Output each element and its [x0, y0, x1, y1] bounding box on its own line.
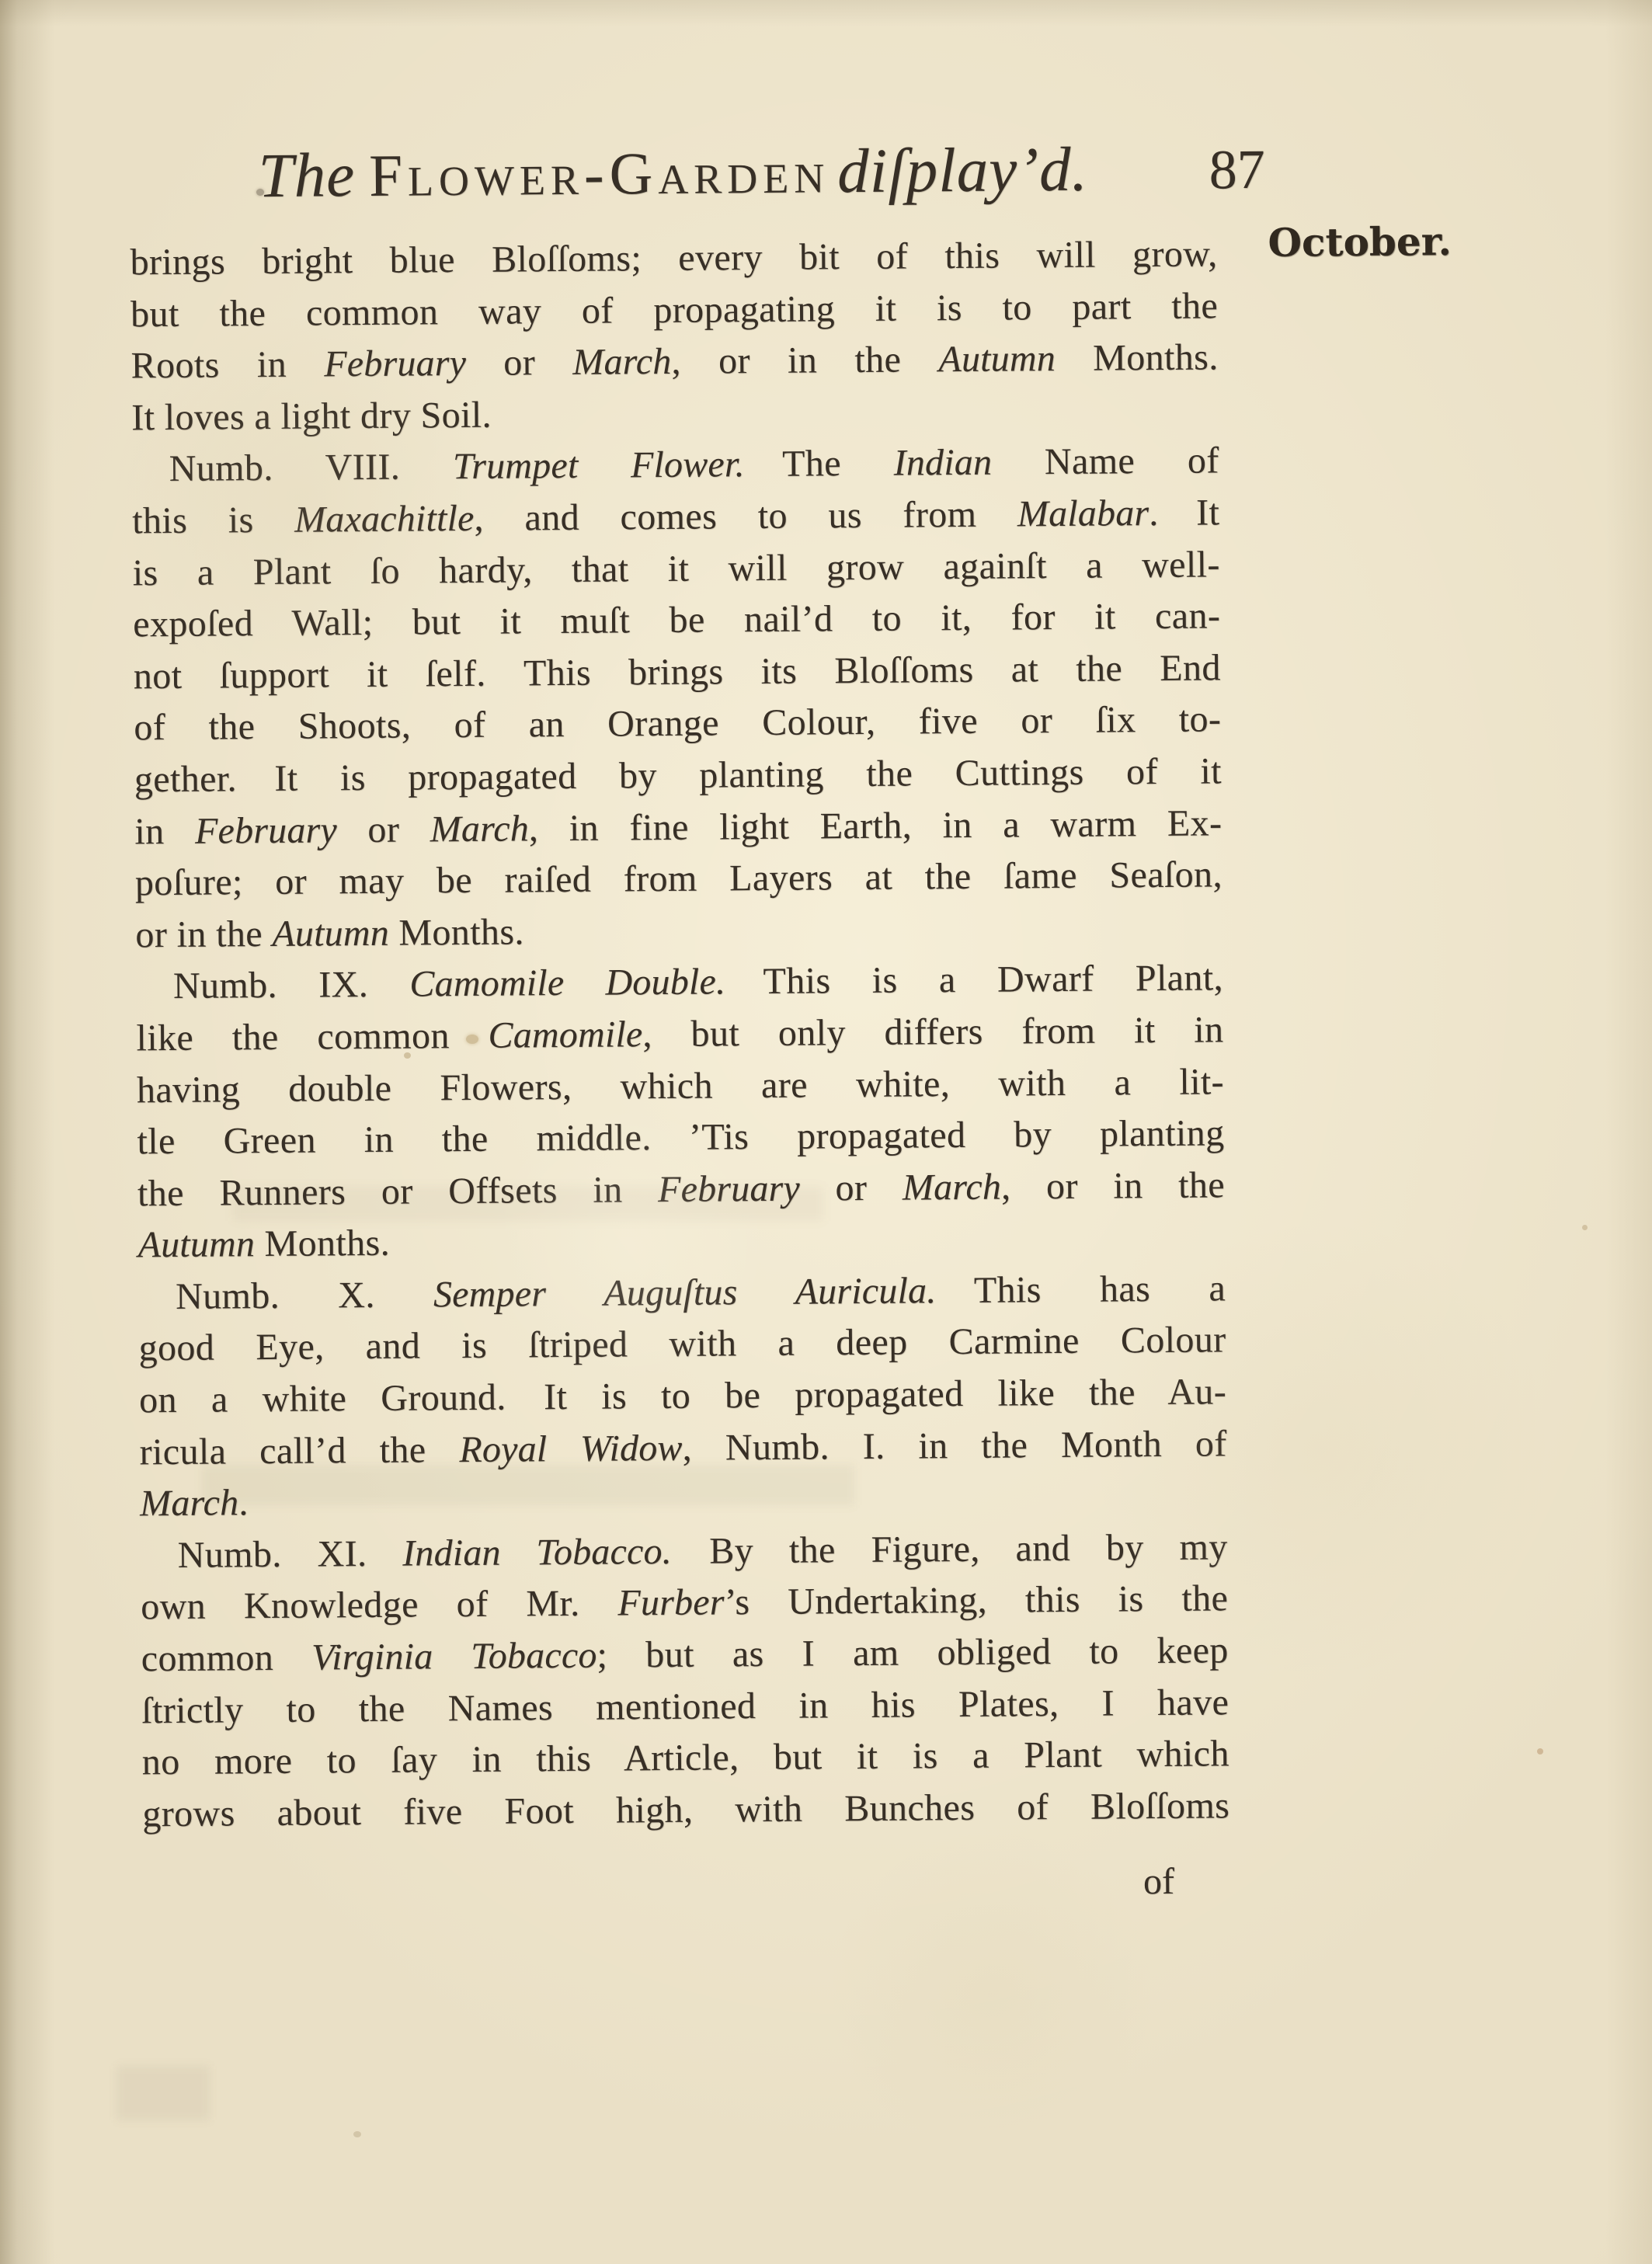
- text-line: good Eye, and is ſtriped with a deep Car…: [138, 1315, 1226, 1375]
- text-line: or in the Autumn Months.: [135, 901, 1222, 962]
- text-segment: good Eye, and is ſtriped with a deep Car…: [138, 1320, 1226, 1369]
- text-segment: gether. It is propagated by planting the…: [134, 750, 1222, 800]
- text-segment: not ſupport it ſelf. This brings its Blo…: [134, 647, 1221, 697]
- text-segment: on a white Ground. It is to be propagate…: [139, 1371, 1226, 1421]
- text-line: this is Maxachittle, and comes to us fro…: [132, 487, 1219, 548]
- margin-note-month: October.: [1268, 217, 1452, 267]
- italic-text-segment: February: [324, 343, 466, 384]
- text-segment: common: [141, 1637, 312, 1680]
- text-line: not ſupport it ſelf. This brings its Blo…: [134, 642, 1221, 703]
- text-segment: grows about five Foot high, with Bunches…: [142, 1785, 1229, 1835]
- text-segment: , Numb. I. in the Month of: [682, 1423, 1226, 1469]
- running-title: TheFlower-Gardendiſplay’d.: [129, 129, 1217, 216]
- text-segment: The: [744, 443, 893, 485]
- paragraph: Numb. VIII. Trumpet Flower. The Indian N…: [131, 436, 1222, 962]
- catchword-row: of: [143, 1859, 1230, 1911]
- title-tail-word: diſplay’d.: [837, 134, 1088, 207]
- text-line: on a white Ground. It is to be propagate…: [139, 1366, 1226, 1427]
- italic-text-segment: March: [430, 808, 530, 850]
- text-segment: , and comes to us from: [474, 493, 1017, 538]
- text-segment: ſtrictly to the Names mentioned in his P…: [141, 1681, 1229, 1731]
- text-line: Numb. X. Semper Auguſtus Auricula. This …: [138, 1263, 1226, 1323]
- text-line: poſure; or may be raiſed from Layers at …: [135, 849, 1222, 909]
- text-line: no more to ſay in this Article, but it i…: [142, 1729, 1229, 1789]
- text-segment: Name of: [992, 440, 1219, 483]
- text-segment: expoſed Wall; but it muſt be nail’d to i…: [133, 596, 1220, 645]
- text-segment: ; but as I am obliged to keep: [596, 1629, 1229, 1675]
- text-line: but the common way of propagating it is …: [130, 280, 1218, 341]
- catchword: of: [1143, 1861, 1174, 1902]
- text-line: Numb. VIII. Trumpet Flower. The Indian N…: [131, 436, 1219, 496]
- italic-text-segment: Virginia Tobacco: [311, 1635, 597, 1678]
- italic-text-segment: Camomile Double.: [409, 962, 725, 1005]
- text-segment: own Knowledge of Mr.: [141, 1583, 618, 1628]
- text-segment: , in fine light Earth, in a warm Ex-: [529, 802, 1222, 849]
- italic-text-segment: Furber: [617, 1582, 725, 1624]
- text-segment: the Runners or Offsets in: [137, 1169, 658, 1214]
- text-block: brings bright blue Bloſſoms; every bit o…: [130, 228, 1229, 1840]
- text-segment: This is a Dwarf Plant,: [725, 958, 1223, 1003]
- text-segment: is a Plant ſo hardy, that it will grow a…: [133, 544, 1220, 593]
- text-segment: Numb. XI.: [177, 1533, 402, 1576]
- text-segment: , but only differs from it in: [642, 1009, 1223, 1055]
- italic-text-segment: Malabar: [1017, 492, 1149, 534]
- text-line: expoſed Wall; but it muſt be nail’d to i…: [133, 591, 1220, 652]
- text-segment: Roots in: [130, 344, 324, 387]
- paper-background: TheFlower-Gardendiſplay’d. 87 October. b…: [0, 0, 1652, 2264]
- text-segment: Months.: [255, 1222, 390, 1264]
- text-line: gether. It is propagated by planting the…: [134, 746, 1222, 806]
- italic-text-segment: Autumn: [272, 913, 389, 955]
- text-segment: Months.: [389, 911, 524, 953]
- scanned-book-page: { "page": { "header": { "lead": "The", "…: [0, 0, 1652, 2264]
- italic-text-segment: March: [140, 1483, 239, 1525]
- text-line: the Runners or Offsets in February or Ma…: [137, 1160, 1225, 1220]
- italic-text-segment: Camomile: [488, 1014, 642, 1056]
- text-line: ricula call’d the Royal Widow, Numb. I. …: [139, 1418, 1226, 1479]
- text-line: is a Plant ſo hardy, that it will grow a…: [133, 539, 1220, 600]
- italic-text-segment: March: [903, 1166, 1002, 1208]
- text-segment: or: [800, 1167, 903, 1209]
- italic-text-segment: Semper Auguſtus Auricula.: [433, 1270, 937, 1315]
- text-segment: By the Figure, and by my: [672, 1526, 1228, 1572]
- text-line: Autumn Months.: [137, 1212, 1225, 1272]
- italic-text-segment: Indian Tobacco.: [402, 1531, 672, 1574]
- italic-text-segment: Autumn: [137, 1223, 255, 1265]
- text-segment: like the common: [136, 1015, 488, 1059]
- text-line: tle Green in the middle. ’Tis propagated…: [137, 1108, 1224, 1168]
- text-segment: , or in the: [671, 339, 938, 382]
- text-line: in February or March, in fine light Eart…: [134, 798, 1222, 858]
- italic-text-segment: Indian: [893, 442, 992, 484]
- text-line: ſtrictly to the Names mentioned in his P…: [141, 1677, 1229, 1737]
- italic-text-segment: Autumn: [938, 338, 1056, 380]
- text-line: of the Shoots, of an Orange Colour, five…: [134, 694, 1221, 755]
- text-segment: in: [134, 810, 195, 852]
- text-line: March.: [140, 1470, 1227, 1531]
- italic-text-segment: February: [195, 809, 337, 851]
- text-line: like the common Camomile, but only diffe…: [136, 1004, 1223, 1065]
- text-line: Numb. XI. Indian Tobacco. By the Figure,…: [140, 1522, 1227, 1582]
- running-head: TheFlower-Gardendiſplay’d. 87: [129, 129, 1217, 223]
- paragraph: brings bright blue Bloſſoms; every bit o…: [130, 228, 1219, 443]
- text-segment: .: [238, 1482, 249, 1523]
- paragraph: Numb. XI. Indian Tobacco. By the Figure,…: [140, 1522, 1229, 1841]
- text-segment: tle Green in the middle. ’Tis propagated…: [137, 1112, 1224, 1162]
- paragraph: Numb. X. Semper Auguſtus Auricula. This …: [138, 1263, 1228, 1530]
- text-segment: this is: [132, 499, 294, 542]
- text-line: brings bright blue Bloſſoms; every bit o…: [130, 228, 1217, 289]
- text-line: common Virginia Tobacco; but as I am obl…: [141, 1625, 1228, 1685]
- text-segment: Months.: [1056, 337, 1219, 380]
- title-smallcaps: Flower-Garden: [369, 138, 830, 209]
- italic-text-segment: March: [572, 341, 672, 383]
- text-segment: Numb. IX.: [173, 964, 410, 1007]
- title-lead-word: The: [258, 140, 355, 210]
- text-segment: ’s Undertaking, this is the: [724, 1578, 1228, 1623]
- text-segment: Numb. VIII.: [169, 446, 454, 489]
- text-segment: having double Flowers, which are white, …: [137, 1061, 1224, 1111]
- text-segment: This has a: [936, 1268, 1226, 1311]
- page-content: TheFlower-Gardendiſplay’d. 87 October. b…: [0, 0, 1652, 2264]
- text-line: grows about five Foot high, with Bunches…: [142, 1780, 1229, 1841]
- italic-text-segment: Trumpet Flower.: [453, 444, 745, 488]
- text-line: own Knowledge of Mr. Furber’s Undertakin…: [141, 1574, 1228, 1634]
- text-segment: or: [466, 342, 573, 384]
- page-number: 87: [1209, 130, 1265, 209]
- text-segment: Numb. X.: [176, 1274, 433, 1317]
- paragraph: Numb. IX. Camomile Double. This is a Dwa…: [136, 953, 1226, 1272]
- text-segment: It loves a light dry Soil.: [131, 395, 492, 439]
- italic-text-segment: February: [658, 1167, 800, 1209]
- text-line: Roots in February or March, or in the Au…: [130, 332, 1218, 393]
- text-line: It loves a light dry Soil.: [131, 384, 1219, 444]
- text-segment: , or in the: [1001, 1164, 1225, 1207]
- text-line: having double Flowers, which are white, …: [137, 1056, 1224, 1117]
- text-line: Numb. IX. Camomile Double. This is a Dwa…: [136, 953, 1223, 1014]
- text-segment: of the Shoots, of an Orange Colour, five…: [134, 699, 1221, 749]
- italic-text-segment: Royal Widow: [459, 1427, 683, 1469]
- italic-text-segment: Maxachittle: [294, 498, 475, 541]
- text-segment: or: [337, 809, 430, 850]
- text-segment: ricula call’d the: [139, 1429, 459, 1473]
- text-segment: but the common way of propagating it is …: [130, 285, 1218, 335]
- text-segment: . It: [1149, 492, 1219, 534]
- text-segment: poſure; or may be raiſed from Layers at …: [135, 854, 1222, 903]
- text-segment: brings bright blue Bloſſoms; every bit o…: [130, 233, 1217, 283]
- text-segment: or in the: [135, 913, 272, 955]
- text-segment: no more to ſay in this Article, but it i…: [142, 1734, 1229, 1783]
